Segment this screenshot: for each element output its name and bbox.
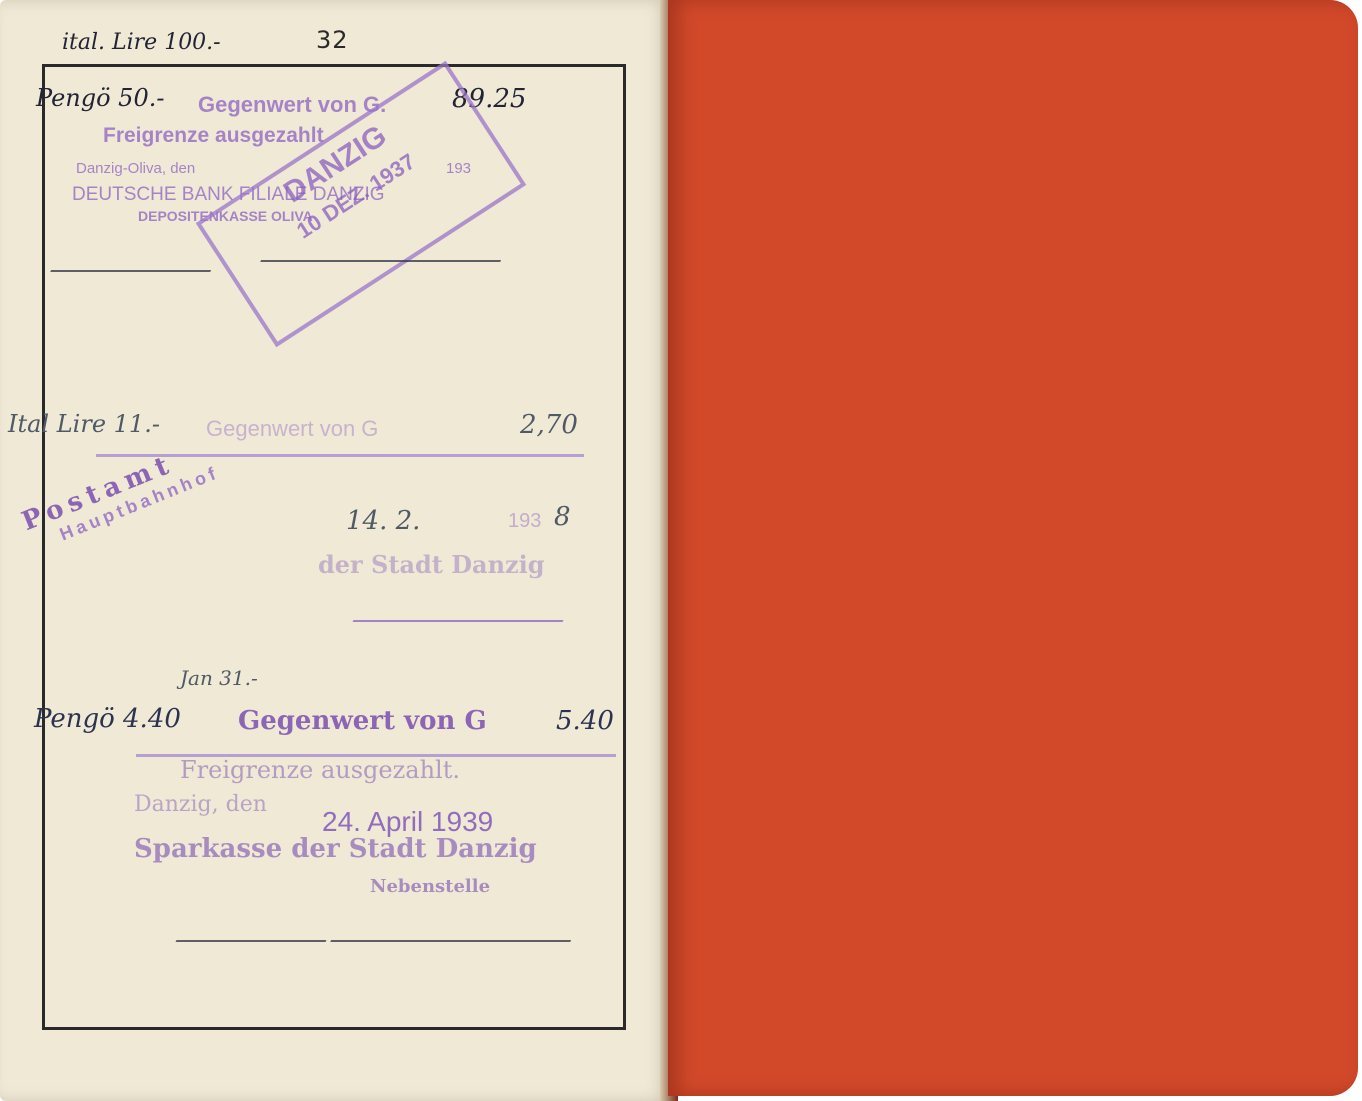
handwritten-entry3-amount: 5.40 bbox=[556, 706, 614, 736]
signature-4 bbox=[176, 880, 355, 942]
stamp2-heading: Gegenwert von G bbox=[206, 416, 378, 442]
page-number: 32 bbox=[316, 26, 349, 54]
stamp2-bank: der Stadt Danzig bbox=[318, 550, 545, 579]
stamp3-heading: Gegenwert von G bbox=[238, 706, 487, 736]
handwritten-entry2-amount: 2,70 bbox=[520, 410, 578, 440]
stamp2-year: 193 bbox=[508, 510, 541, 533]
handwritten-entry2-currency: Ital Lire 11.- bbox=[8, 410, 160, 438]
stamp1-heading: Gegenwert von G. bbox=[198, 92, 386, 118]
signature-2 bbox=[260, 220, 520, 262]
signature-5 bbox=[330, 900, 590, 942]
stamp1-place-date: Danzig-Oliva, den bbox=[76, 160, 195, 177]
stamp3-subline: Nebenstelle bbox=[370, 876, 490, 897]
stamp3-freigrenze: Freigrenze ausgezahlt. bbox=[180, 756, 460, 784]
stamp3-place: Danzig, den bbox=[134, 792, 267, 817]
signature-3 bbox=[353, 590, 578, 622]
handwritten-entry3-currency: Pengö 4.40 bbox=[34, 704, 181, 734]
handwritten-entry2-year: 8 bbox=[554, 502, 571, 532]
signature-1 bbox=[50, 230, 230, 272]
stamp3-bank: Sparkasse der Stadt Danzig bbox=[134, 834, 537, 864]
handwritten-entry1-currency: Pengö 50.- bbox=[36, 84, 164, 112]
handwritten-entry2-date: 14. 2. bbox=[346, 506, 420, 536]
handwritten-note-top: ital. Lire 100.- bbox=[62, 30, 221, 55]
passport-left-page: 32 ital. Lire 100.- Pengö 50.- Gegenwert… bbox=[0, 0, 668, 1101]
passport-back-cover bbox=[668, 0, 1358, 1096]
stamp1-freigrenze: Freigrenze ausgezahlt bbox=[103, 124, 324, 148]
handwritten-entry3-note: Jan 31.- bbox=[180, 666, 258, 690]
